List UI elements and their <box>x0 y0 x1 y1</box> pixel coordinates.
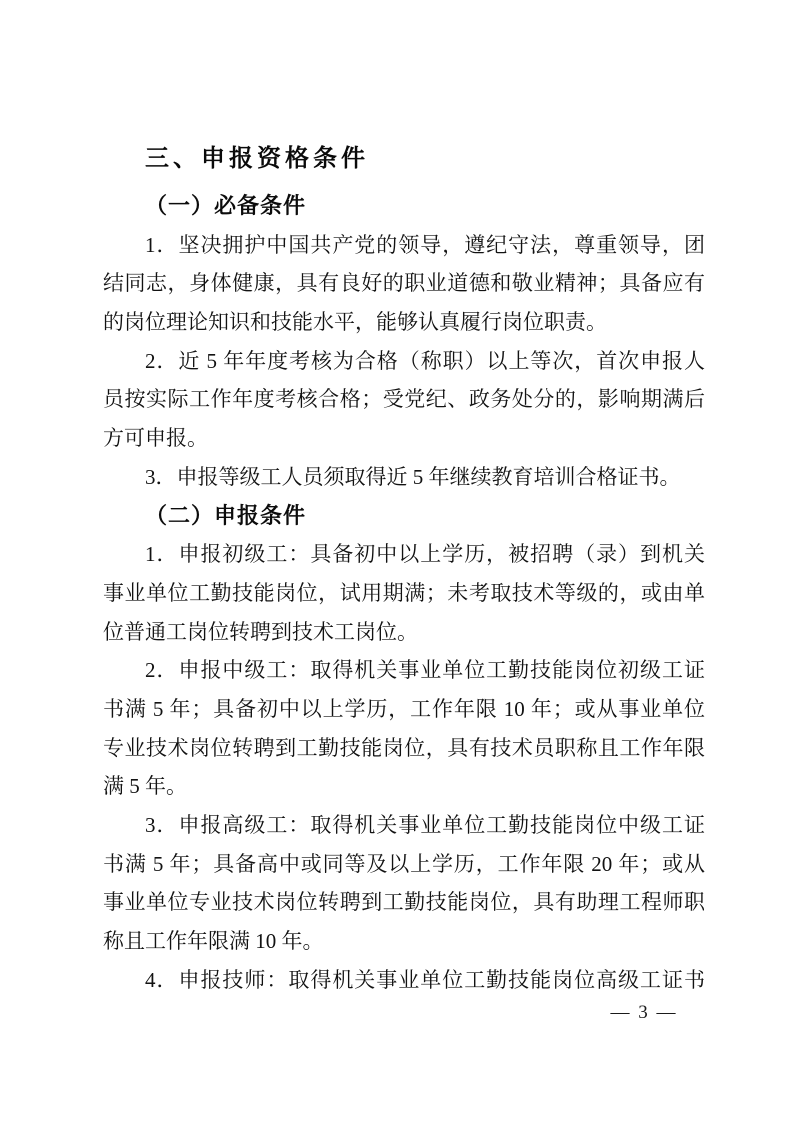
para-line: 满 5 年。 <box>103 767 705 806</box>
para-line: 位普通工岗位转聘到技术工岗位。 <box>103 613 705 652</box>
para-line: 4．申报技师：取得机关事业单位工勤技能岗位高级工证书 <box>103 961 705 1000</box>
para-line: 3．申报等级工人员须取得近 5 年继续教育培训合格证书。 <box>103 458 705 497</box>
para-line: 事业单位工勤技能岗位，试用期满；未考取技术等级的，或由单 <box>103 574 705 613</box>
para-line: 事业单位专业技术岗位转聘到工勤技能岗位，具有助理工程师职 <box>103 883 705 922</box>
page-number: — 3 — <box>598 1000 690 1026</box>
para-line: 1．申报初级工：具备初中以上学历，被招聘（录）到机关 <box>103 535 705 574</box>
para-line: 3．申报高级工：取得机关事业单位工勤技能岗位中级工证 <box>103 806 705 845</box>
para-line: 员按实际工作年度考核合格；受党纪、政务处分的，影响期满后 <box>103 380 705 419</box>
document-page: 三、申报资格条件 （一）必备条件 1．坚决拥护中国共产党的领导，遵纪守法，尊重领… <box>0 0 800 1132</box>
para-line: 方可申报。 <box>103 419 705 458</box>
para-line: 专业技术岗位转聘到工勤技能岗位，具有技术员职称且工作年限 <box>103 729 705 768</box>
section-heading: 三、申报资格条件 <box>145 144 369 174</box>
para-line: 书满 5 年；具备高中或同等及以上学历，工作年限 20 年；或从 <box>103 845 705 884</box>
document-body: （一）必备条件 1．坚决拥护中国共产党的领导，遵纪守法，尊重领导，团 结同志，身… <box>103 187 705 999</box>
para-line: 书满 5 年；具备初中以上学历，工作年限 10 年；或从事业单位 <box>103 690 705 729</box>
subsection-heading-2: （二）申报条件 <box>103 497 705 536</box>
para-line: 2．申报中级工：取得机关事业单位工勤技能岗位初级工证 <box>103 651 705 690</box>
para-line: 2．近 5 年年度考核为合格（称职）以上等次，首次申报人 <box>103 342 705 381</box>
para-line: 1．坚决拥护中国共产党的领导，遵纪守法，尊重领导，团 <box>103 226 705 265</box>
para-line: 的岗位理论知识和技能水平，能够认真履行岗位职责。 <box>103 303 705 342</box>
para-line: 称且工作年限满 10 年。 <box>103 922 705 961</box>
subsection-heading-1: （一）必备条件 <box>103 187 705 226</box>
para-line: 结同志，身体健康，具有良好的职业道德和敬业精神；具备应有 <box>103 264 705 303</box>
